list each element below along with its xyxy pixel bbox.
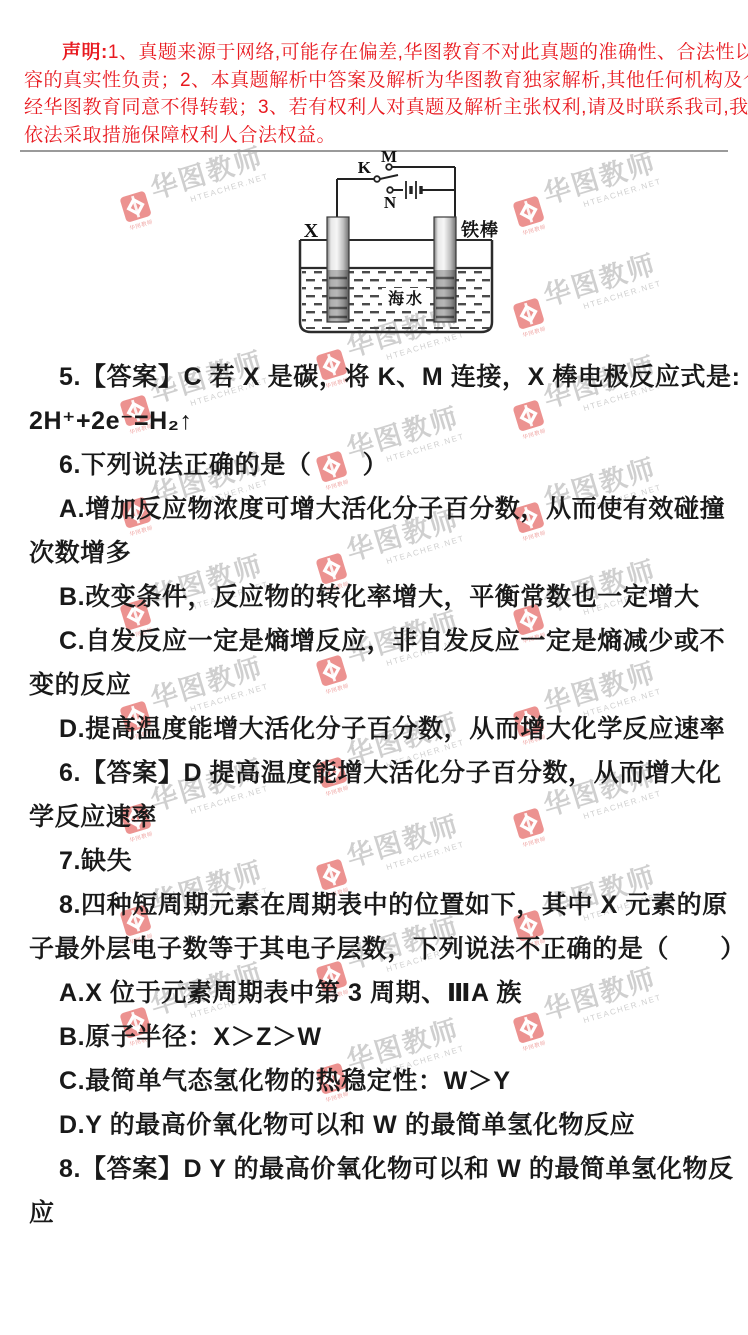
contact-n — [387, 187, 393, 193]
text-line: 5.【答案】C 若 X 是碳，将 K、M 连接，X 棒电极反应式是: — [59, 363, 741, 391]
seawater-label: 海水 — [388, 289, 424, 308]
text-line: 8.【答案】D Y 的最高价氧化物可以和 W 的最简单氢化物反 — [59, 1155, 734, 1183]
switch-blade — [380, 175, 398, 179]
text-line: C.自发反应一定是熵增反应，非自发反应一定是熵减少或不 — [59, 627, 725, 655]
text-line: B.原子半径：X＞Z＞W — [59, 1023, 322, 1051]
battery-icon — [406, 181, 421, 199]
label-iron-rod: 铁棒 — [460, 219, 499, 240]
text-line: 次数增多 — [29, 539, 131, 567]
label-m: M — [381, 148, 397, 166]
text-line: B.改变条件，反应物的转化率增大，平衡常数也一定增大 — [59, 583, 700, 611]
text-line: D.Y 的最高价氧化物可以和 W 的最简单氢化物反应 — [59, 1111, 635, 1139]
text-line: 学反应速率 — [29, 803, 157, 831]
text-line: 子最外层电子数等于其电子层数，下列说法不正确的是（ ） — [29, 935, 746, 963]
electrode-iron — [434, 217, 456, 322]
text-line: 6.【答案】D 提高温度能增大活化分子百分数，从而增大化 — [59, 759, 722, 787]
text-line: A.X 位于元素周期表中第 3 周期、ⅢA 族 — [59, 979, 522, 1007]
contact-k — [374, 176, 380, 182]
electrolysis-circuit-diagram: M K N X 铁棒 海水 — [290, 148, 520, 348]
text-line: 应 — [29, 1199, 55, 1227]
electrode-x — [327, 217, 349, 322]
label-electrode-x: X — [304, 220, 319, 242]
text-line: 6.下列说法正确的是（ ） — [59, 451, 388, 479]
text-line: D.提高温度能增大活化分子百分数，从而增大化学反应速率 — [59, 715, 725, 743]
text-line: C.最简单气态氢化物的热稳定性：W＞Y — [59, 1067, 511, 1095]
label-k: K — [358, 158, 372, 177]
text-line: 8.四种短周期元素在周期表中的位置如下，其中 X 元素的原 — [59, 891, 728, 919]
label-n: N — [384, 193, 397, 212]
text-line: 变的反应 — [29, 671, 131, 699]
text-line: A.增加反应物浓度可增大活化分子百分数，从而使有效碰撞 — [59, 495, 725, 523]
text-line: 2H⁺+2e⁻=H₂↑ — [29, 407, 193, 435]
document-page: { "page": { "width": 748, "height": 1335… — [0, 0, 748, 1335]
text-line: 7.缺失 — [59, 847, 132, 875]
